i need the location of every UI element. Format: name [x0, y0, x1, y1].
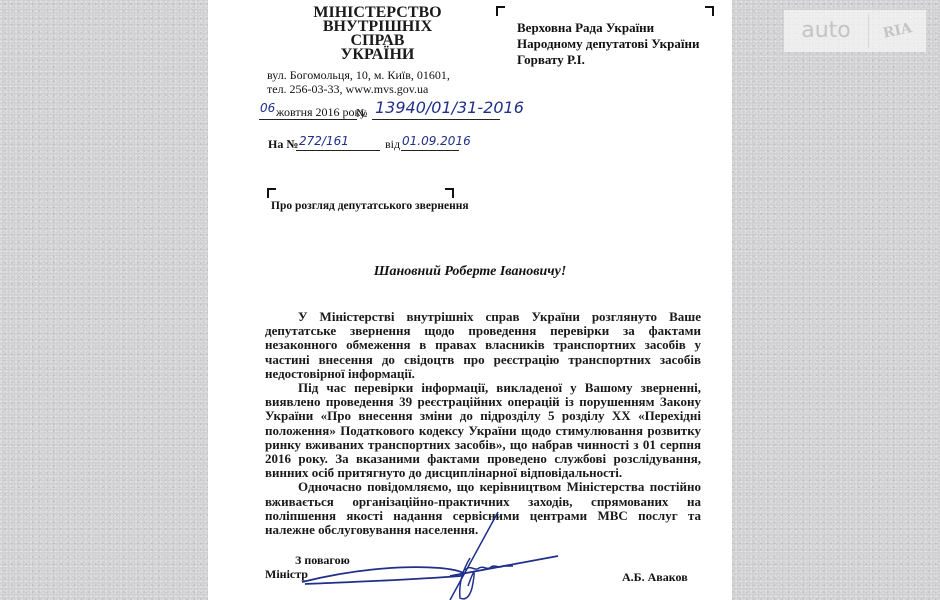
handwritten-outgoing-number: 13940/01/31-2016: [375, 98, 524, 117]
watermark-auto: auto: [784, 14, 869, 48]
signature-scribble-icon: [300, 510, 560, 600]
corner-mark: [496, 6, 505, 16]
recipient-line: Народному депутатові України: [517, 36, 700, 52]
recipient-line: Верховна Рада України: [517, 20, 700, 36]
body-paragraph: Під час перевірки інформації, викладеної…: [265, 381, 701, 480]
ref-label: На №: [268, 137, 298, 152]
date-underline: [259, 119, 357, 120]
ref-date-label: від: [385, 137, 400, 152]
recipient-block: Верховна Рада України Народному депутато…: [517, 20, 700, 68]
handwritten-day: 06: [260, 101, 275, 115]
date-printed: жовтня 2016 року: [276, 105, 366, 120]
ministry-title-line3: УКРАЇНИ: [295, 48, 460, 62]
recipient-name: Горвату Р.І.: [517, 52, 700, 68]
ref-date-underline: [401, 150, 459, 151]
subject-line: Про розгляд депутатського звернення: [271, 200, 469, 212]
watermark-logo: auto RIA: [784, 10, 926, 52]
number-underline: [372, 119, 500, 120]
ref-underline: [296, 150, 380, 151]
signatory-name: А.Б. Аваков: [622, 570, 688, 585]
address-line: вул. Богомольця, 10, м. Київ, 01601,: [267, 68, 450, 82]
handwritten-ref-number: 272/161: [299, 134, 349, 148]
greeting: Шановний Роберте Івановичу!: [0, 264, 940, 280]
handwritten-ref-date: 01.09.2016: [402, 134, 471, 148]
corner-mark: [267, 188, 276, 198]
body-paragraph: У Міністерстві внутрішніх справ України …: [265, 310, 701, 381]
ministry-title-line2: ВНУТРІШНІХ СПРАВ: [295, 20, 460, 48]
contact-line: тел. 256-03-33, www.mvs.gov.ua: [267, 82, 428, 96]
number-label: №: [356, 106, 367, 121]
corner-mark: [705, 6, 714, 16]
letter-body: У Міністерстві внутрішніх справ України …: [265, 310, 701, 537]
watermark-ria: RIA: [868, 17, 927, 45]
corner-mark: [445, 188, 454, 198]
ministry-title: МІНІСТЕРСТВО ВНУТРІШНІХ СПРАВ УКРАЇНИ: [295, 6, 460, 62]
